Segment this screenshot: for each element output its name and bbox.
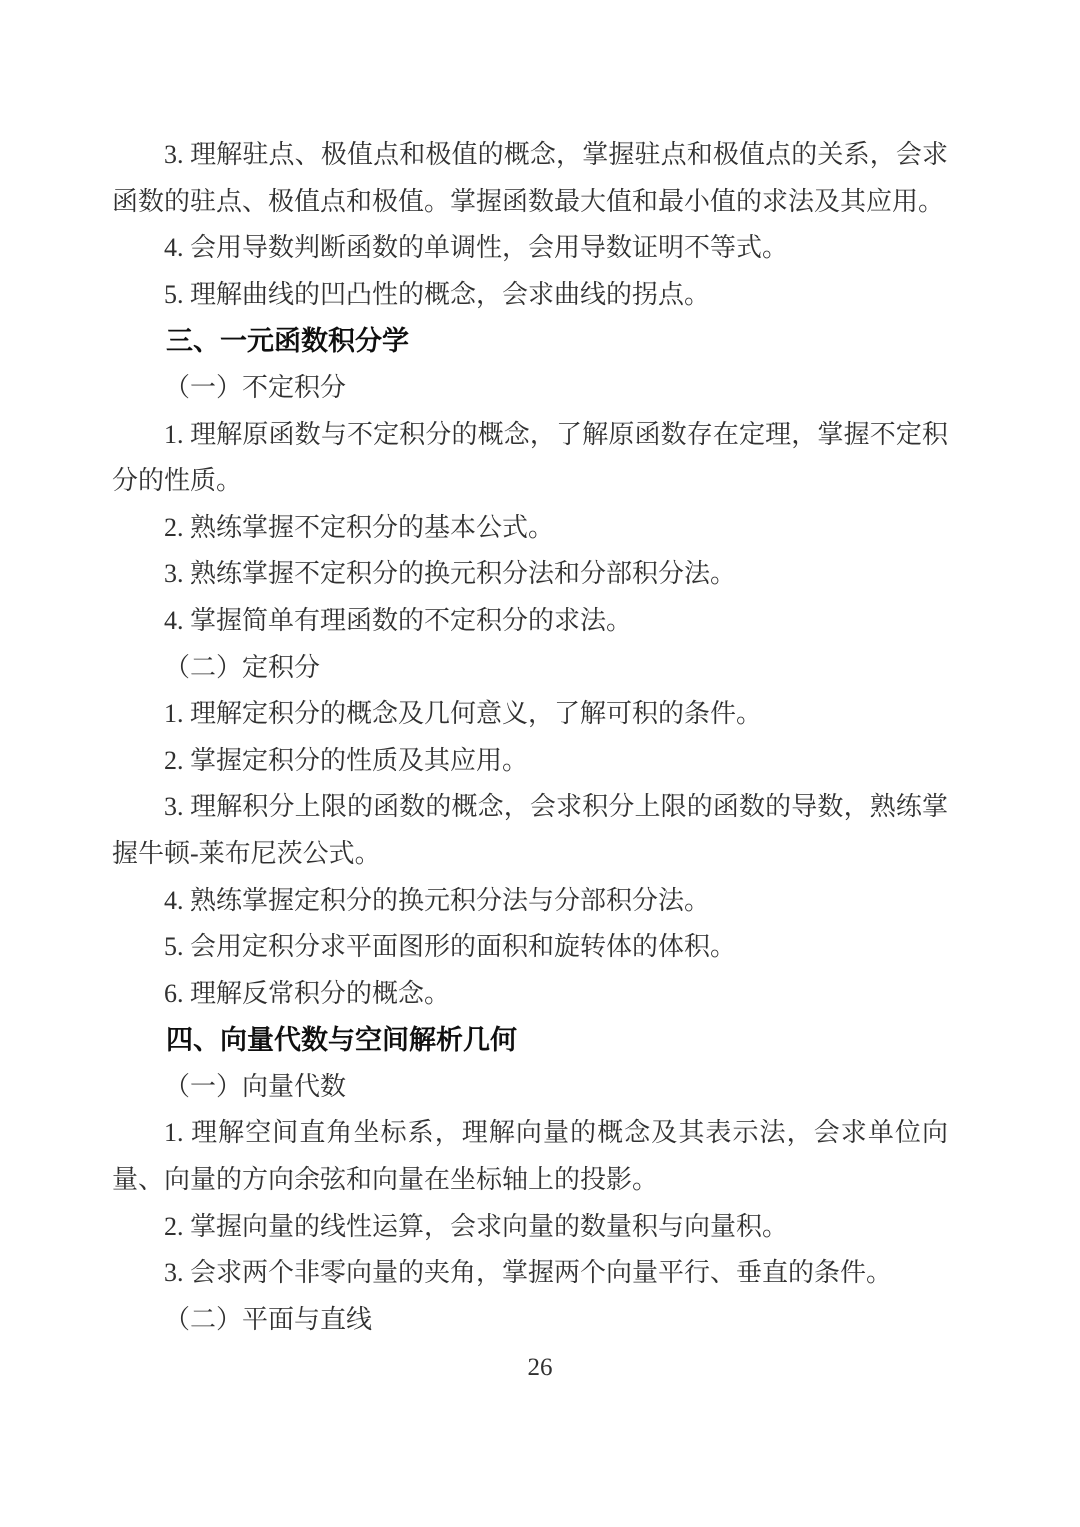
paragraph: 4. 会用导数判断函数的单调性，会用导数证明不等式。 [112, 225, 948, 272]
document-body: 3. 理解驻点、极值点和极值的概念，掌握驻点和极值点的关系，会求函数的驻点、极值… [112, 132, 948, 1343]
paragraph: 3. 会求两个非零向量的夹角，掌握两个向量平行、垂直的条件。 [112, 1250, 948, 1297]
paragraph: 1. 理解空间直角坐标系，理解向量的概念及其表示法，会求单位向量、向量的方向余弦… [112, 1110, 948, 1203]
paragraph: 3. 理解积分上限的函数的概念，会求积分上限的函数的导数，熟练掌握牛顿-莱布尼茨… [112, 784, 948, 877]
subsection-heading: （一）向量代数 [112, 1064, 948, 1111]
section-heading: 三、一元函数积分学 [112, 318, 948, 365]
subsection-heading: （二）平面与直线 [112, 1297, 948, 1344]
subsection-heading: （一）不定积分 [112, 365, 948, 412]
paragraph: 6. 理解反常积分的概念。 [112, 971, 948, 1018]
paragraph: 5. 会用定积分求平面图形的面积和旋转体的体积。 [112, 924, 948, 971]
paragraph: 2. 掌握向量的线性运算，会求向量的数量积与向量积。 [112, 1204, 948, 1251]
page-number: 26 [0, 1348, 1080, 1388]
paragraph: 3. 理解驻点、极值点和极值的概念，掌握驻点和极值点的关系，会求函数的驻点、极值… [112, 132, 948, 225]
paragraph: 2. 熟练掌握不定积分的基本公式。 [112, 505, 948, 552]
paragraph: 1. 理解原函数与不定积分的概念，了解原函数存在定理，掌握不定积分的性质。 [112, 412, 948, 505]
paragraph: 4. 熟练掌握定积分的换元积分法与分部积分法。 [112, 878, 948, 925]
document-page: 3. 理解驻点、极值点和极值的概念，掌握驻点和极值点的关系，会求函数的驻点、极值… [0, 0, 1080, 1527]
subsection-heading: （二）定积分 [112, 645, 948, 692]
paragraph: 4. 掌握简单有理函数的不定积分的求法。 [112, 598, 948, 645]
paragraph: 3. 熟练掌握不定积分的换元积分法和分部积分法。 [112, 551, 948, 598]
paragraph: 1. 理解定积分的概念及几何意义，了解可积的条件。 [112, 691, 948, 738]
paragraph: 5. 理解曲线的凹凸性的概念，会求曲线的拐点。 [112, 272, 948, 319]
paragraph: 2. 掌握定积分的性质及其应用。 [112, 738, 948, 785]
section-heading: 四、向量代数与空间解析几何 [112, 1017, 948, 1064]
